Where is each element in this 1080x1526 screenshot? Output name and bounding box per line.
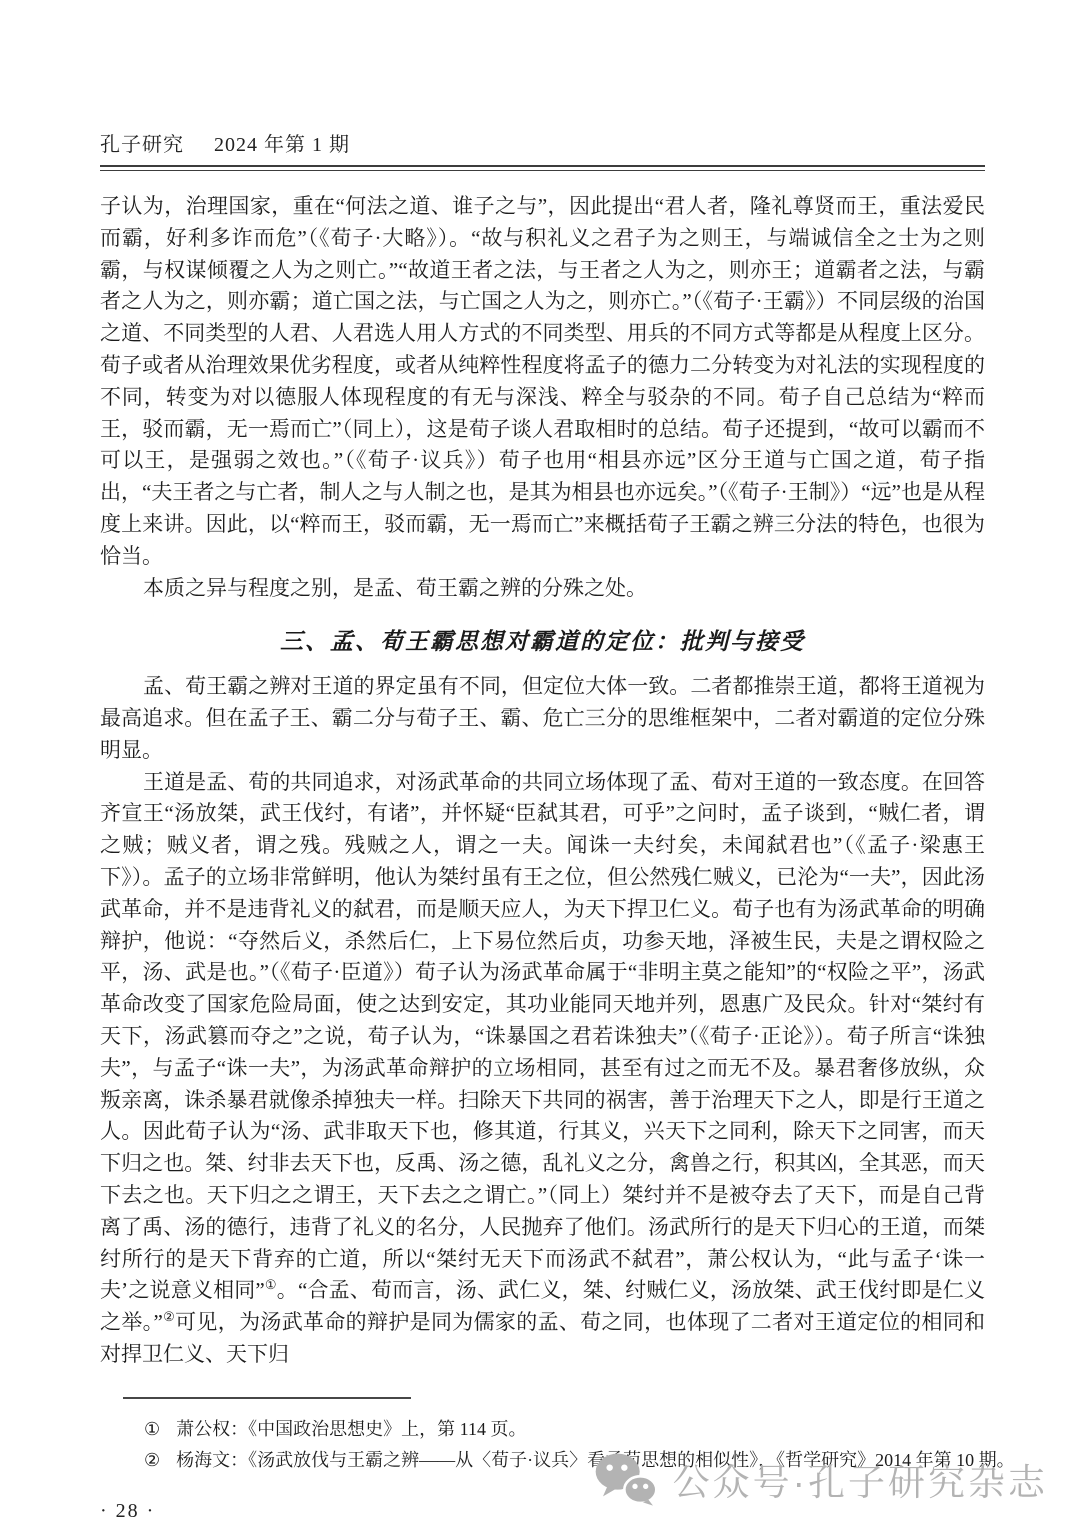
- footnote-separator: [123, 1397, 411, 1399]
- journal-page: 孔子研究 2024 年第 1 期 子认为，治理国家，重在“何法之道、谁子之与”，…: [0, 0, 1080, 1526]
- footnote-marker-1: ①: [144, 1419, 160, 1439]
- footnote-ref-1[interactable]: ①: [265, 1277, 277, 1292]
- footnote-text-1: 萧公权：《中国政治思想史》上，第 114 页。: [176, 1419, 526, 1439]
- page-content: 孔子研究 2024 年第 1 期 子认为，治理国家，重在“何法之道、谁子之与”，…: [0, 0, 1080, 1523]
- body-paragraph-3: 孟、荀王霸之辨对王道的界定虽有不同，但定位大体一致。二者都推崇王道，都将王道视为…: [100, 671, 985, 766]
- body-paragraph-2: 本质之异与程度之别，是孟、荀王霸之辨的分殊之处。: [100, 573, 985, 605]
- section-heading: 三、孟、荀王霸思想对霸道的定位：批判与接受: [100, 626, 985, 658]
- body-paragraph-4: 王道是孟、荀的共同追求，对汤武革命的共同立场体现了孟、荀对王道的一致态度。在回答…: [100, 767, 985, 1371]
- wechat-icon: [593, 1452, 657, 1506]
- issue-info: 2024 年第 1 期: [214, 128, 350, 157]
- footnote-1: ①萧公权：《中国政治思想史》上，第 114 页。: [100, 1414, 985, 1445]
- running-head: 孔子研究 2024 年第 1 期: [100, 128, 985, 157]
- watermark: 公众号·孔子研究杂志: [593, 1452, 1048, 1506]
- header-rule: [100, 165, 985, 171]
- paragraph-text: 王道是孟、荀的共同追求，对汤武革命的共同立场体现了孟、荀对王道的一致态度。在回答…: [100, 770, 985, 1303]
- body-paragraph-1: 子认为，治理国家，重在“何法之道、谁子之与”，因此提出“君人者，隆礼尊贤而王，重…: [100, 191, 985, 573]
- paragraph-text: 可见，为汤武革命的辩护是同为儒家的孟、荀之同，也体现了二者对王道定位的相同和对捍…: [100, 1310, 985, 1366]
- footnote-ref-2[interactable]: ②: [163, 1309, 175, 1324]
- article-body: 子认为，治理国家，重在“何法之道、谁子之与”，因此提出“君人者，隆礼尊贤而王，重…: [100, 191, 985, 1371]
- journal-title: 孔子研究: [100, 128, 184, 157]
- watermark-text: 公众号·孔子研究杂志: [673, 1452, 1048, 1506]
- footnote-marker-2: ②: [144, 1450, 160, 1470]
